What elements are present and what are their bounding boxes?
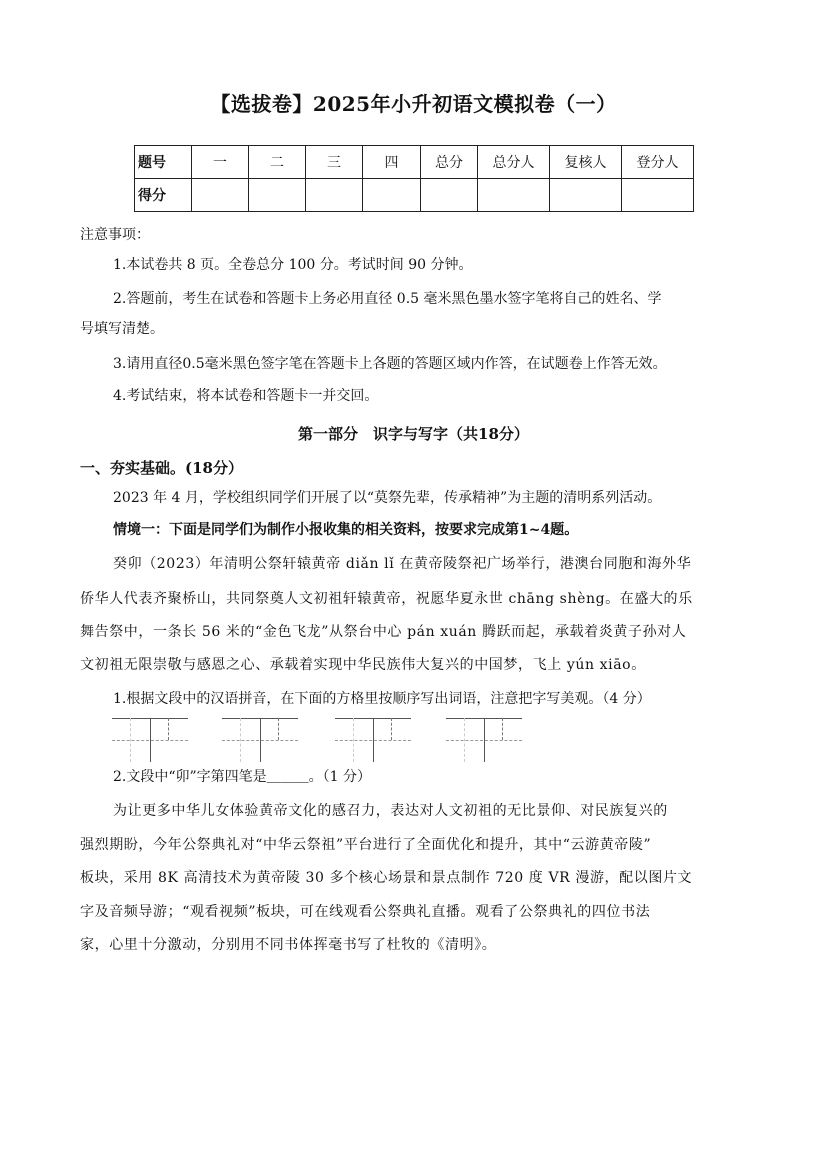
score-table-header-row: 题号 一 二 三 四 总分 总分人 复核人 登分人: [135, 146, 694, 179]
note-item: 3.请用直径0.5毫米黑色签字笔在答题卡上各题的答题区域内作答，在试题卷上作答无…: [113, 357, 667, 371]
score-cell[interactable]: [192, 179, 249, 212]
writing-grid-box[interactable]: [112, 718, 188, 762]
scenario-text: 情境一：下面是同学们为制作小报收集的相关资料，按要求完成第1~4题。: [113, 523, 578, 537]
question-2: 2.文段中“卯”字第四笔是＿＿＿。（1 分）: [113, 770, 371, 784]
score-cell[interactable]: [622, 179, 694, 212]
table-cell: 一: [192, 146, 249, 179]
score-cell[interactable]: [249, 179, 306, 212]
score-cell[interactable]: [363, 179, 421, 212]
score-table: 题号 一 二 三 四 总分 总分人 复核人 登分人 得分: [134, 145, 694, 212]
table-cell: 复核人: [550, 146, 622, 179]
passage-line: 侨华人代表齐聚桥山，共同祭奠人文初祖轩辕黄帝，祝愿华夏永世 chāng shèn…: [80, 592, 693, 606]
note-item: 2.答题前，考生在试卷和答题卡上务必用直径 0.5 毫米黑色墨水签字笔将自己的姓…: [113, 292, 662, 306]
passage-line: 文初祖无限崇敬与感恩之心、承载着实现中华民族伟大复兴的中国梦，飞上 yún xi…: [80, 658, 646, 672]
intro-text: 2023 年 4 月，学校组织同学们开展了以“莫祭先辈，传承精神”为主题的清明系…: [113, 491, 661, 505]
score-cell[interactable]: [478, 179, 550, 212]
writing-grid-box[interactable]: [335, 718, 411, 762]
section-heading: 一、夯实基础。(18分）: [80, 457, 243, 478]
table-cell: 四: [363, 146, 421, 179]
table-cell: 登分人: [622, 146, 694, 179]
score-cell[interactable]: [306, 179, 363, 212]
passage-line: 为让更多中华儿女体验黄帝文化的感召力，表达对人文初祖的无比景仰、对民族复兴的: [113, 804, 668, 818]
table-cell: 总分人: [478, 146, 550, 179]
score-table-score-row: 得分: [135, 179, 694, 212]
table-cell: 总分: [421, 146, 478, 179]
page-title: 【选拔卷】2025年小升初语文模拟卷（一）: [0, 88, 827, 117]
passage-line: 字及音频导游；“观看视频”板块，可在线观看公祭典礼直播。观看了公祭典礼的四位书法: [80, 905, 650, 919]
passage-line: 癸卯（2023）年清明公祭轩辕黄帝 diǎn lǐ 在黄帝陵祭祀广场举行，港澳台…: [113, 557, 691, 571]
writing-grid-box[interactable]: [446, 718, 522, 762]
score-cell[interactable]: [421, 179, 478, 212]
passage-line: 家，心里十分激动，分别用不同书体挥毫书写了杜牧的《清明》。: [80, 938, 496, 952]
table-cell: 三: [306, 146, 363, 179]
passage-line: 强烈期盼，今年公祭典礼对“中华云祭祖”平台进行了全面优化和提升，其中“云游黄帝陵…: [80, 838, 651, 852]
writing-grid-box[interactable]: [222, 718, 298, 762]
notes-heading: 注意事项：: [80, 224, 150, 244]
question-1: 1.根据文段中的汉语拼音，在下面的方格里按顺序写出词语，注意把字写美观。（4 分…: [113, 692, 651, 706]
note-item: 号填写清楚。: [80, 322, 164, 336]
note-item: 4.考试结束，将本试卷和答题卡一并交回。: [113, 389, 378, 403]
part-title: 第一部分 识字与写字（共18分）: [0, 423, 827, 444]
passage-line: 板块，采用 8K 高清技术为黄帝陵 30 多个核心场景和景点制作 720 度 V…: [80, 871, 692, 885]
table-cell: 二: [249, 146, 306, 179]
table-cell: 题号: [135, 146, 192, 179]
passage-line: 舞告祭中，一条长 56 米的“金色飞龙”从祭台中心 pán xuán 腾跃而起，…: [80, 625, 686, 639]
note-item: 1.本试卷共 8 页。全卷总分 100 分。考试时间 90 分钟。: [113, 258, 473, 272]
table-cell: 得分: [135, 179, 192, 212]
score-cell[interactable]: [550, 179, 622, 212]
